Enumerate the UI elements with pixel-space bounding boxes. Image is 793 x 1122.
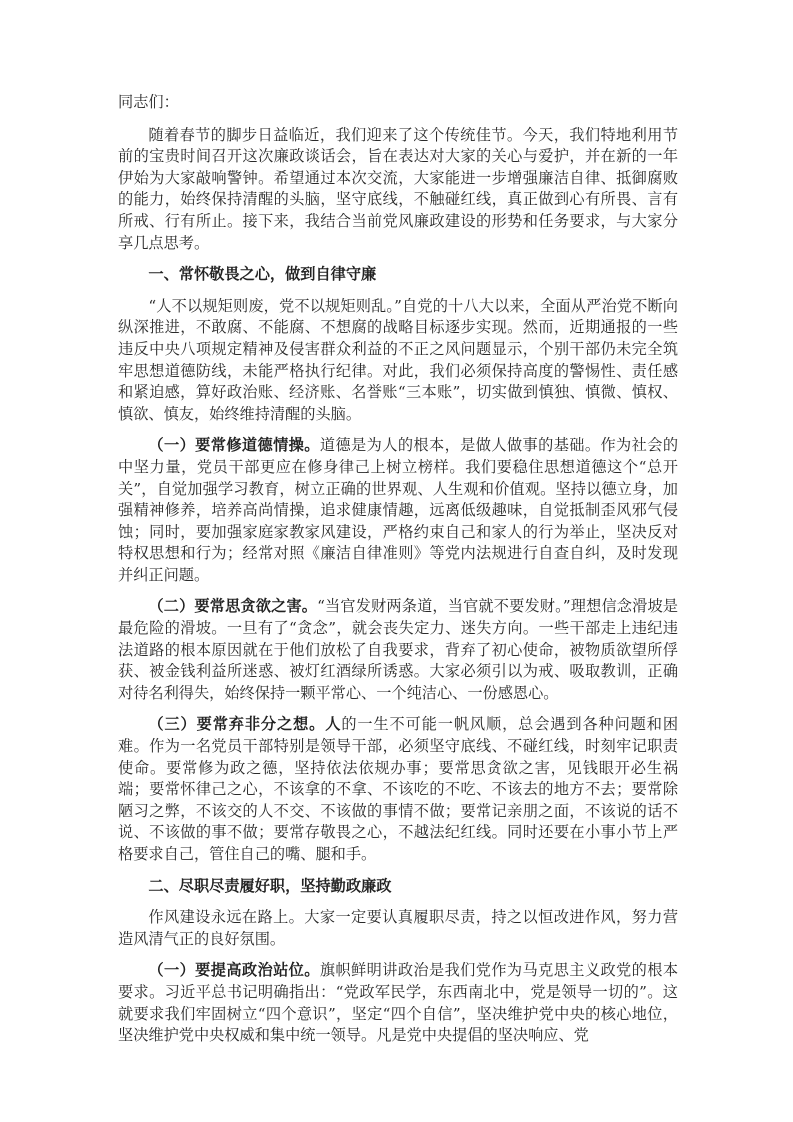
item-text: 的一生不可能一帆风顺，总会遇到各种问题和困难。作为一名党员干部特别是领导干部，必… — [118, 715, 678, 863]
item-lead: （二）要常思贪欲之害。 — [148, 597, 317, 615]
section-1-item-3: （三）要常弃非分之想。人的一生不可能一帆风顺，总会遇到各种问题和困难。作为一名党… — [118, 714, 678, 865]
section-1-item-2: （二）要常思贪欲之害。“当官发财两条道，当官就不要发财。”理想信念滑坡是最危险的… — [118, 596, 678, 704]
section-2-item-1: （一）要提高政治站位。旗帜鲜明讲政治是我们党作为马克思主义政党的根本要求。习近平… — [118, 960, 678, 1046]
section-1-heading: 一、常怀敬畏之心，做到自律守廉 — [118, 264, 678, 286]
intro-paragraph: 随着春节的脚步日益临近，我们迎来了这个传统佳节。今天，我们特地利用节前的宝贵时间… — [118, 125, 678, 255]
item-lead: （三）要常弃非分之想。人 — [148, 715, 341, 733]
section-1-item-1: （一）要常修道德情操。道德是为人的根本，是做人做事的基础。作为社会的中坚力量，党… — [118, 435, 678, 586]
section-2-heading: 二、尽职尽责履好职，坚持勤政廉政 — [118, 876, 678, 898]
item-text: 道德是为人的根本，是做人做事的基础。作为社会的中坚力量，党员干部更应在修身律己上… — [118, 436, 678, 584]
section-1-intro: “人不以规矩则废，党不以规矩则乱。”自党的十八大以来，全面从严治党不断向纵深推进… — [118, 296, 678, 426]
item-lead: （一）要常修道德情操。 — [148, 436, 319, 454]
section-2-intro: 作风建设永远在路上。大家一定要认真履职尽责，持之以恒改进作风，努力营造风清气正的… — [118, 907, 678, 950]
salutation: 同志们： — [118, 92, 678, 114]
document-page: 同志们： 随着春节的脚步日益临近，我们迎来了这个传统佳节。今天，我们特地利用节前… — [118, 92, 678, 1057]
item-lead: （一）要提高政治站位。 — [148, 961, 319, 979]
